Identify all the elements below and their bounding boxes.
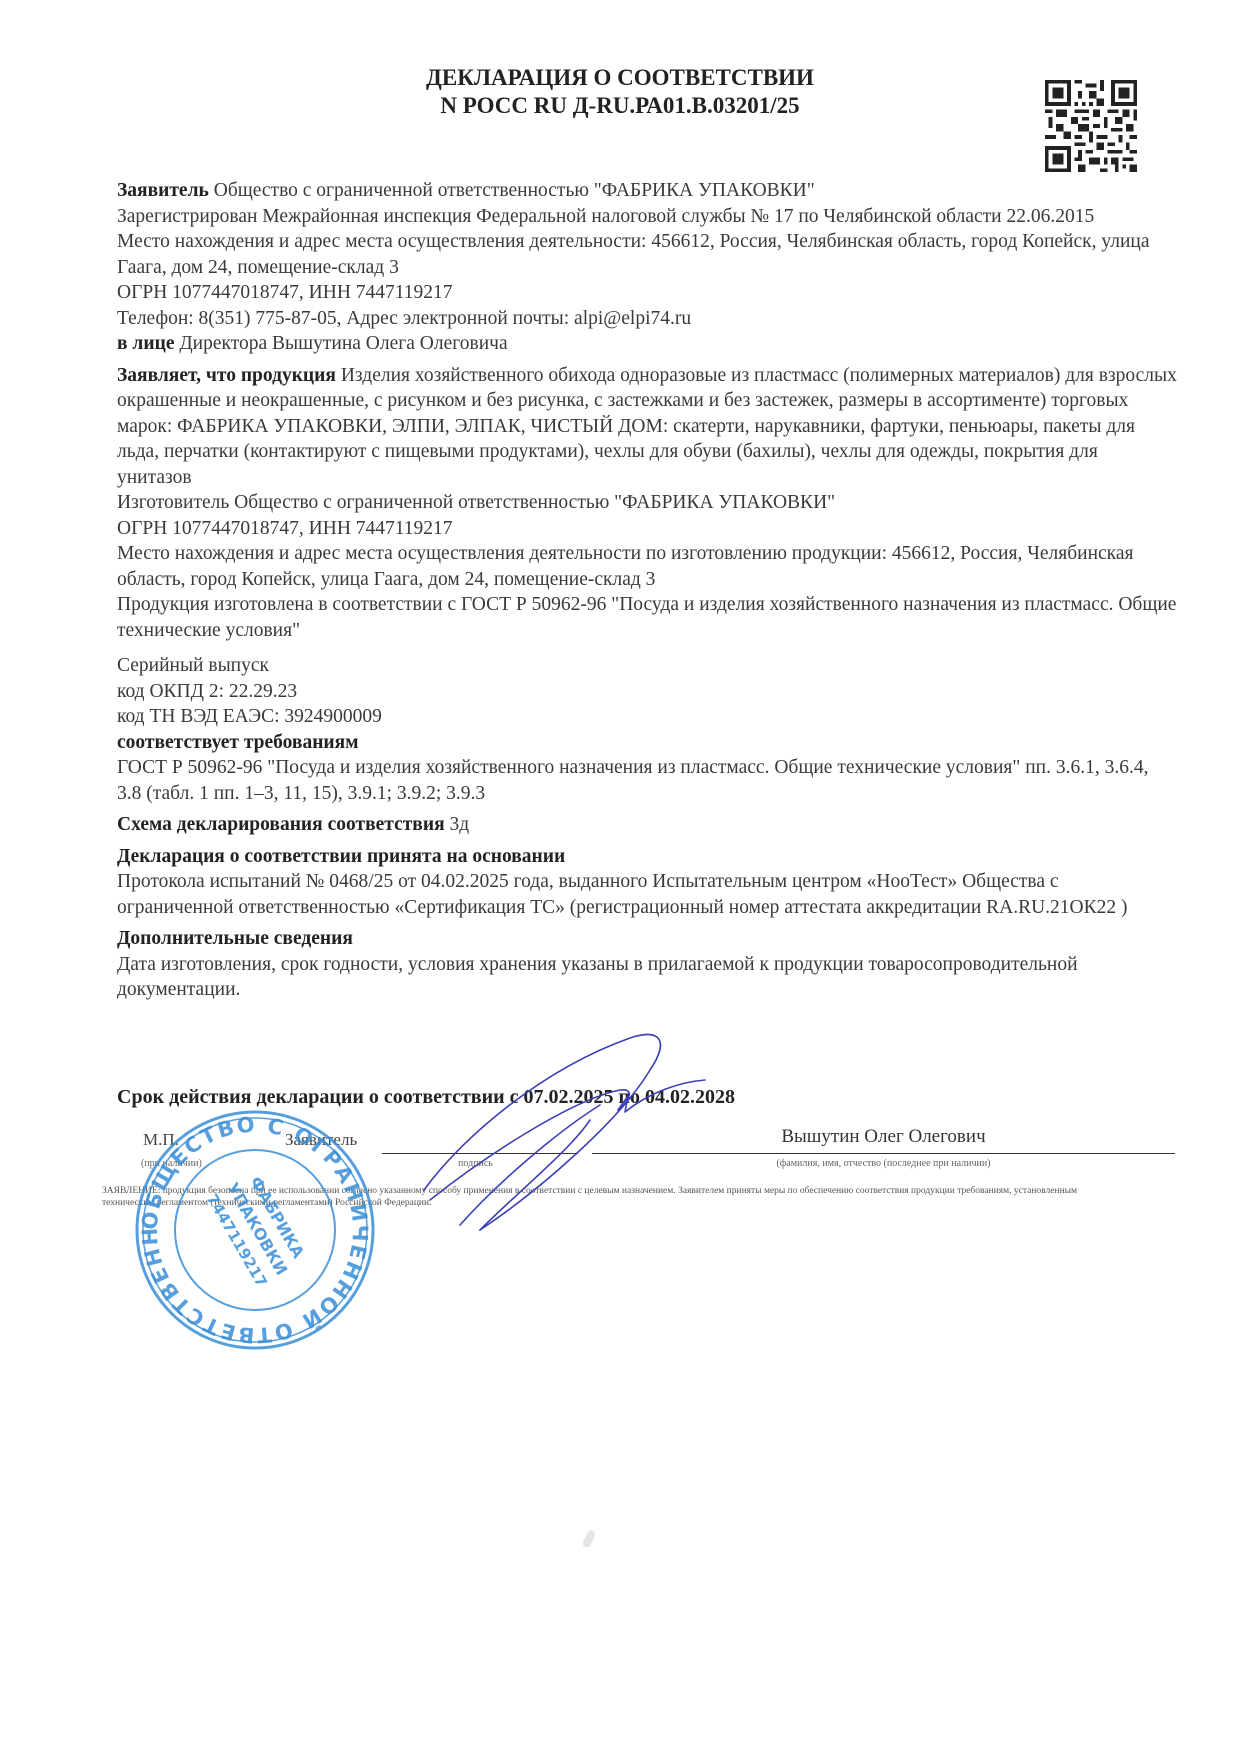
requirements-standard: ГОСТ Р 50962-96 "Посуда и изделия хозяйс… bbox=[117, 755, 1177, 806]
company-stamp-icon: ОБЩЕСТВО С ОГРАНИЧЕННОЙ ОТВЕТСТВЕННОСТЬЮ… bbox=[130, 1105, 380, 1355]
represented-label: в лице bbox=[117, 333, 174, 354]
qr-code-icon bbox=[1045, 80, 1137, 172]
production-type: Серийный выпуск bbox=[117, 653, 1177, 679]
scheme-label: Схема декларирования соответствия bbox=[117, 814, 445, 835]
applicant-name: Общество с ограниченной ответственностью… bbox=[209, 180, 815, 201]
represented-by: Директора Вышутина Олега Олеговича bbox=[174, 333, 507, 354]
product-description: Заявляет, что продукция Изделия хозяйств… bbox=[117, 363, 1177, 491]
scan-speck bbox=[582, 1529, 597, 1549]
director-signature-icon bbox=[420, 1030, 720, 1250]
additional-text: Дата изготовления, срок годности, услови… bbox=[117, 952, 1177, 1003]
applicant-ids: ОГРН 1077447018747, ИНН 7447119217 bbox=[117, 280, 1177, 306]
scheme-line: Схема декларирования соответствия 3д bbox=[117, 812, 1177, 838]
applicant-label: Заявитель bbox=[117, 180, 209, 201]
applicant-registration: Зарегистрирован Межрайонная инспекция Фе… bbox=[117, 204, 1177, 230]
manufacturer-ids: ОГРН 1077447018747, ИНН 7447119217 bbox=[117, 516, 1177, 542]
applicant-line: Заявитель Общество с ограниченной ответс… bbox=[117, 178, 1177, 204]
additional-label: Дополнительные сведения bbox=[117, 926, 1177, 952]
scheme-value: 3д bbox=[445, 814, 470, 835]
tnved-code: код ТН ВЭД ЕАЭС: 3924900009 bbox=[117, 704, 1177, 730]
declares-label: Заявляет, что продукция bbox=[117, 365, 336, 386]
manufacturer-name: Изготовитель Общество с ограниченной отв… bbox=[117, 490, 1177, 516]
basis-text: Протокола испытаний № 0468/25 от 04.02.2… bbox=[117, 869, 1177, 920]
manufacturer-address: Место нахождения и адрес места осуществл… bbox=[117, 541, 1177, 592]
basis-label: Декларация о соответствии принята на осн… bbox=[117, 844, 1177, 870]
manufacturer-standard: Продукция изготовлена в соответствии с Г… bbox=[117, 592, 1177, 643]
declaration-body: Заявитель Общество с ограниченной ответс… bbox=[117, 178, 1177, 1003]
okpd-code: код ОКПД 2: 22.29.23 bbox=[117, 679, 1177, 705]
applicant-representative: в лице Директора Вышутина Олега Олегович… bbox=[117, 331, 1177, 357]
applicant-contacts: Телефон: 8(351) 775-87-05, Адрес электро… bbox=[117, 306, 1177, 332]
requirements-label: соответствует требованиям bbox=[117, 730, 1177, 756]
applicant-address: Место нахождения и адрес места осуществл… bbox=[117, 229, 1177, 280]
